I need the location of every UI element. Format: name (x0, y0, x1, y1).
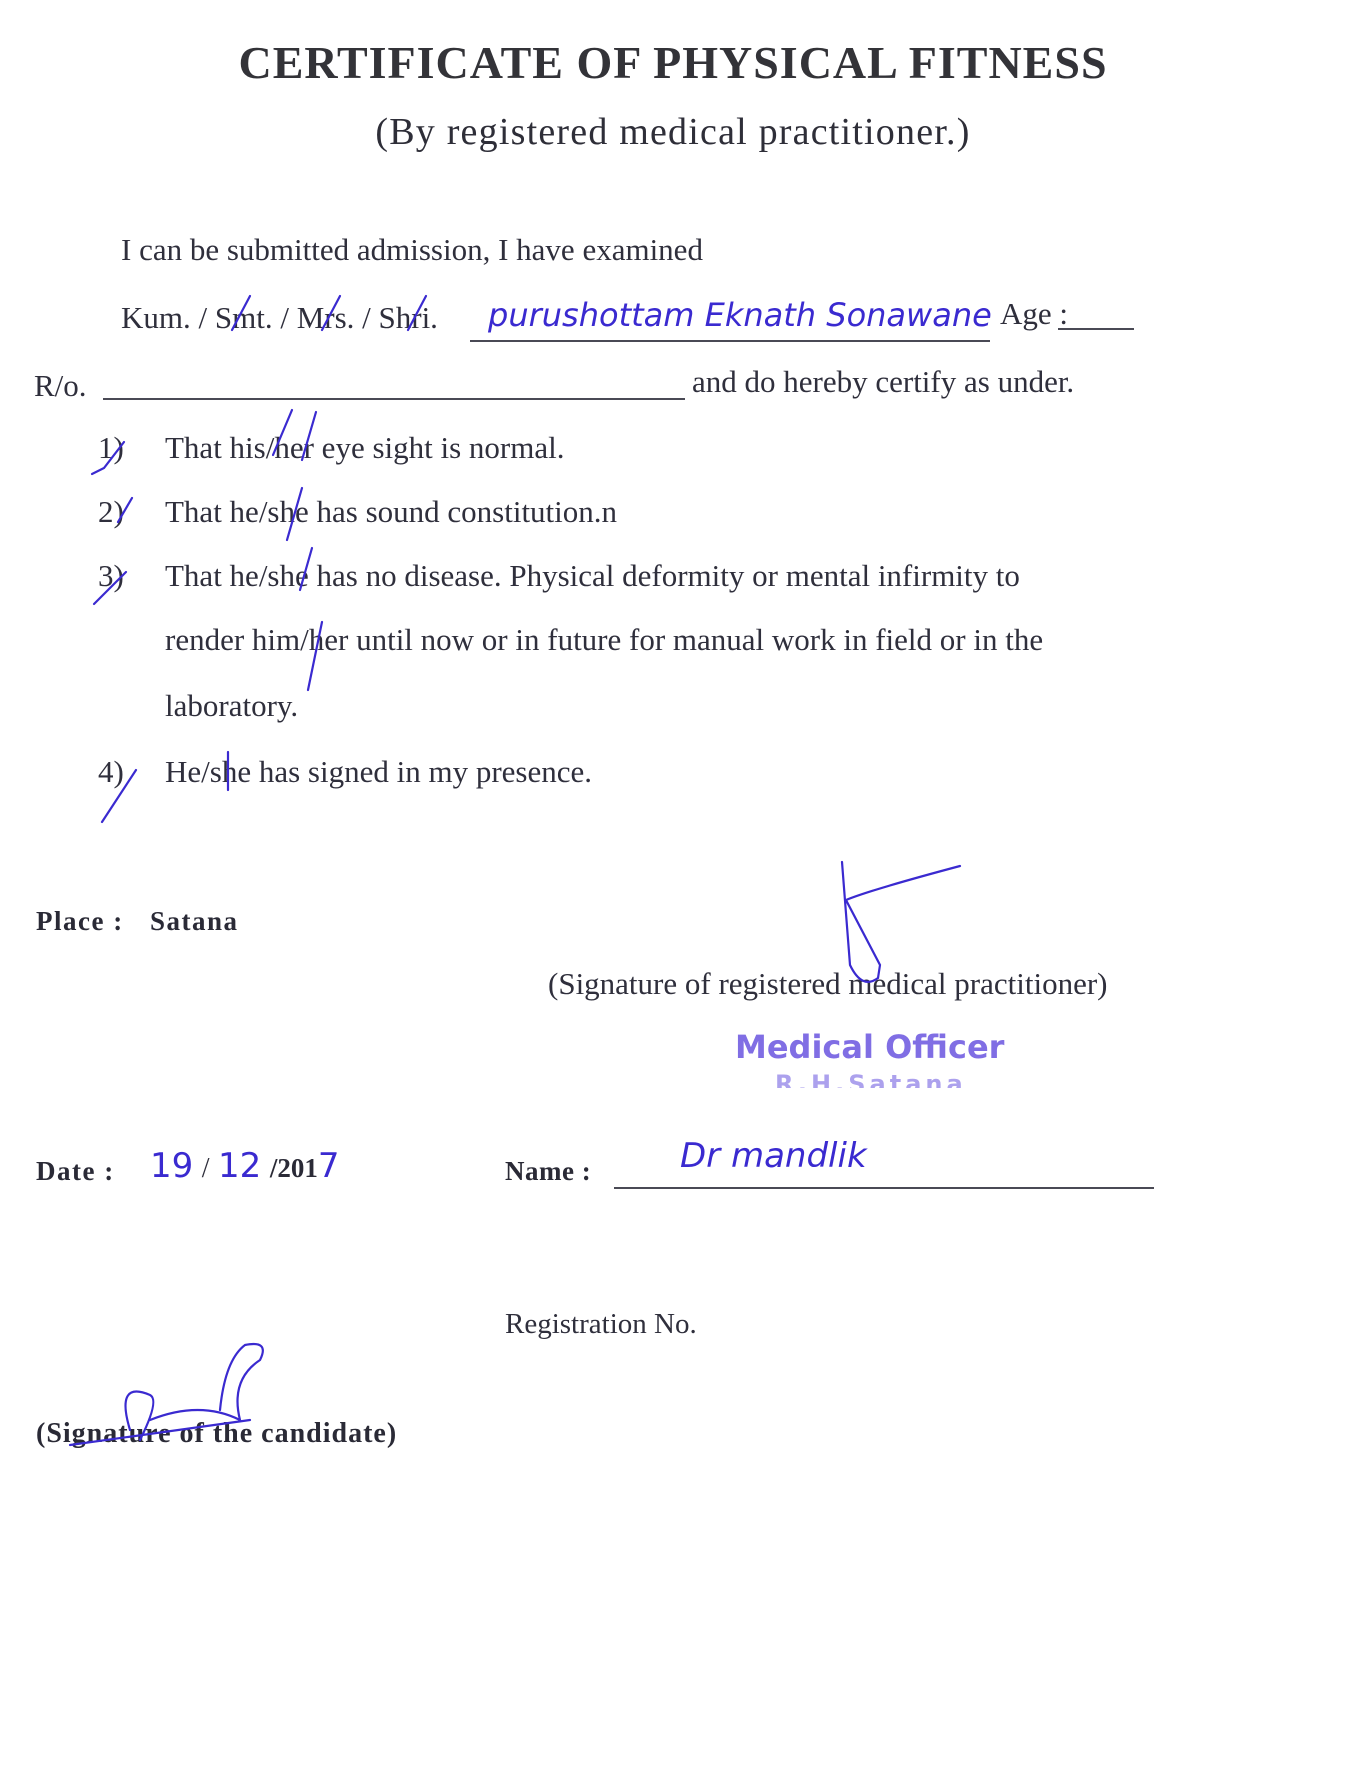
date-label: Date : (36, 1156, 115, 1187)
intro-line: I can be submitted admission, I have exa… (121, 232, 703, 268)
date-month: 12 (218, 1146, 261, 1186)
clause-3-continuation-2: laboratory. (165, 688, 298, 724)
ro-label: R/o. (34, 368, 87, 404)
clause-3-number: 3) (98, 558, 124, 594)
certify-text: and do hereby certify as under. (692, 364, 1074, 400)
name-line (614, 1187, 1154, 1189)
clause-2-number: 2) (98, 494, 124, 530)
name-field[interactable]: Dr mandlik (680, 1136, 867, 1176)
date-separator: / (202, 1153, 210, 1184)
practitioner-signature-caption: (Signature of registered medical practit… (548, 966, 1107, 1002)
stamp-location: R.H.Satana (775, 1070, 967, 1088)
clause-1-text: That his/her eye sight is normal. (165, 430, 564, 466)
clause-1-number: 1) (98, 430, 124, 466)
candidate-name-field[interactable]: purushottam Eknath Sonawane (488, 296, 992, 334)
certificate-subtitle: (By registered medical practitioner.) (0, 110, 1346, 154)
clause-2-text: That he/she has sound constitution.n (165, 494, 617, 530)
salutation-prefix: Kum. / Smt. / Mrs. / Shri. (121, 300, 438, 336)
candidate-signature-caption: (Signature of the candidate) (36, 1418, 397, 1450)
date-field[interactable]: 19 / 12 /2017 (150, 1146, 339, 1186)
date-year-printed: /201 (270, 1153, 318, 1183)
age-field[interactable] (1058, 328, 1134, 330)
name-label: Name : (505, 1156, 591, 1187)
clause-4-text: He/she has signed in my presence. (165, 754, 592, 790)
registration-label: Registration No. (505, 1308, 697, 1341)
date-day: 19 (150, 1146, 193, 1186)
date-year-digit: 7 (318, 1146, 340, 1186)
certificate-title: CERTIFICATE OF PHYSICAL FITNESS (0, 36, 1346, 89)
place-value: Satana (150, 906, 239, 937)
age-label: Age : (1000, 296, 1068, 332)
practitioner-signature-icon (842, 862, 960, 982)
medical-officer-stamp: Medical Officer (735, 1028, 1004, 1066)
clause-4-number: 4) (98, 754, 124, 790)
place-label: Place : (36, 906, 124, 937)
candidate-name-line[interactable] (470, 340, 990, 342)
clause-3-continuation-1: render him/her until now or in future fo… (165, 622, 1043, 658)
clause-3-text: That he/she has no disease. Physical def… (165, 558, 1020, 594)
ro-field[interactable] (103, 398, 685, 400)
